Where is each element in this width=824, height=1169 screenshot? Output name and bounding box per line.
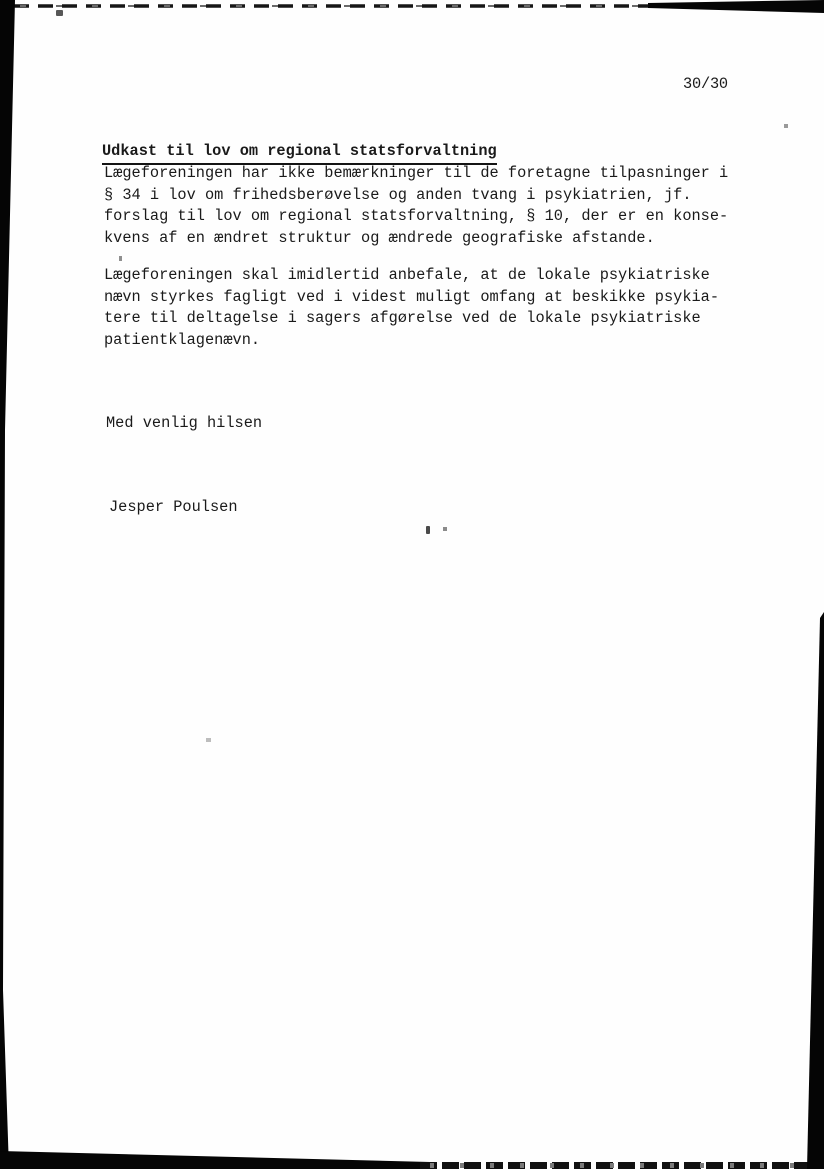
scan-border-left-band [0,0,15,1169]
scan-speckle [119,256,122,261]
scanned-letter-page: 30/30 Udkast til lov om regional statsfo… [0,0,824,1169]
letter-paragraph: Lægeforeningen skal imidlertid anbefale,… [104,265,784,351]
scan-speckle [426,526,430,534]
letter-signature-name: Jesper Poulsen [109,497,238,519]
scan-speckle [784,124,788,128]
scan-speckle [443,527,447,531]
letter-closing: Med venlig hilsen [106,413,262,435]
letter-heading: Udkast til lov om regional statsforvaltn… [102,141,497,165]
scan-speckle [56,10,63,16]
page-number: 30/30 [683,74,728,96]
scan-border-top-right-wedge [648,0,824,13]
scan-border-bottom-left-wedge [0,1151,430,1169]
scan-speckle [206,738,211,742]
letter-paragraph: Lægeforeningen har ikke bemærkninger til… [104,163,784,249]
scan-border-right-band [807,612,824,1169]
